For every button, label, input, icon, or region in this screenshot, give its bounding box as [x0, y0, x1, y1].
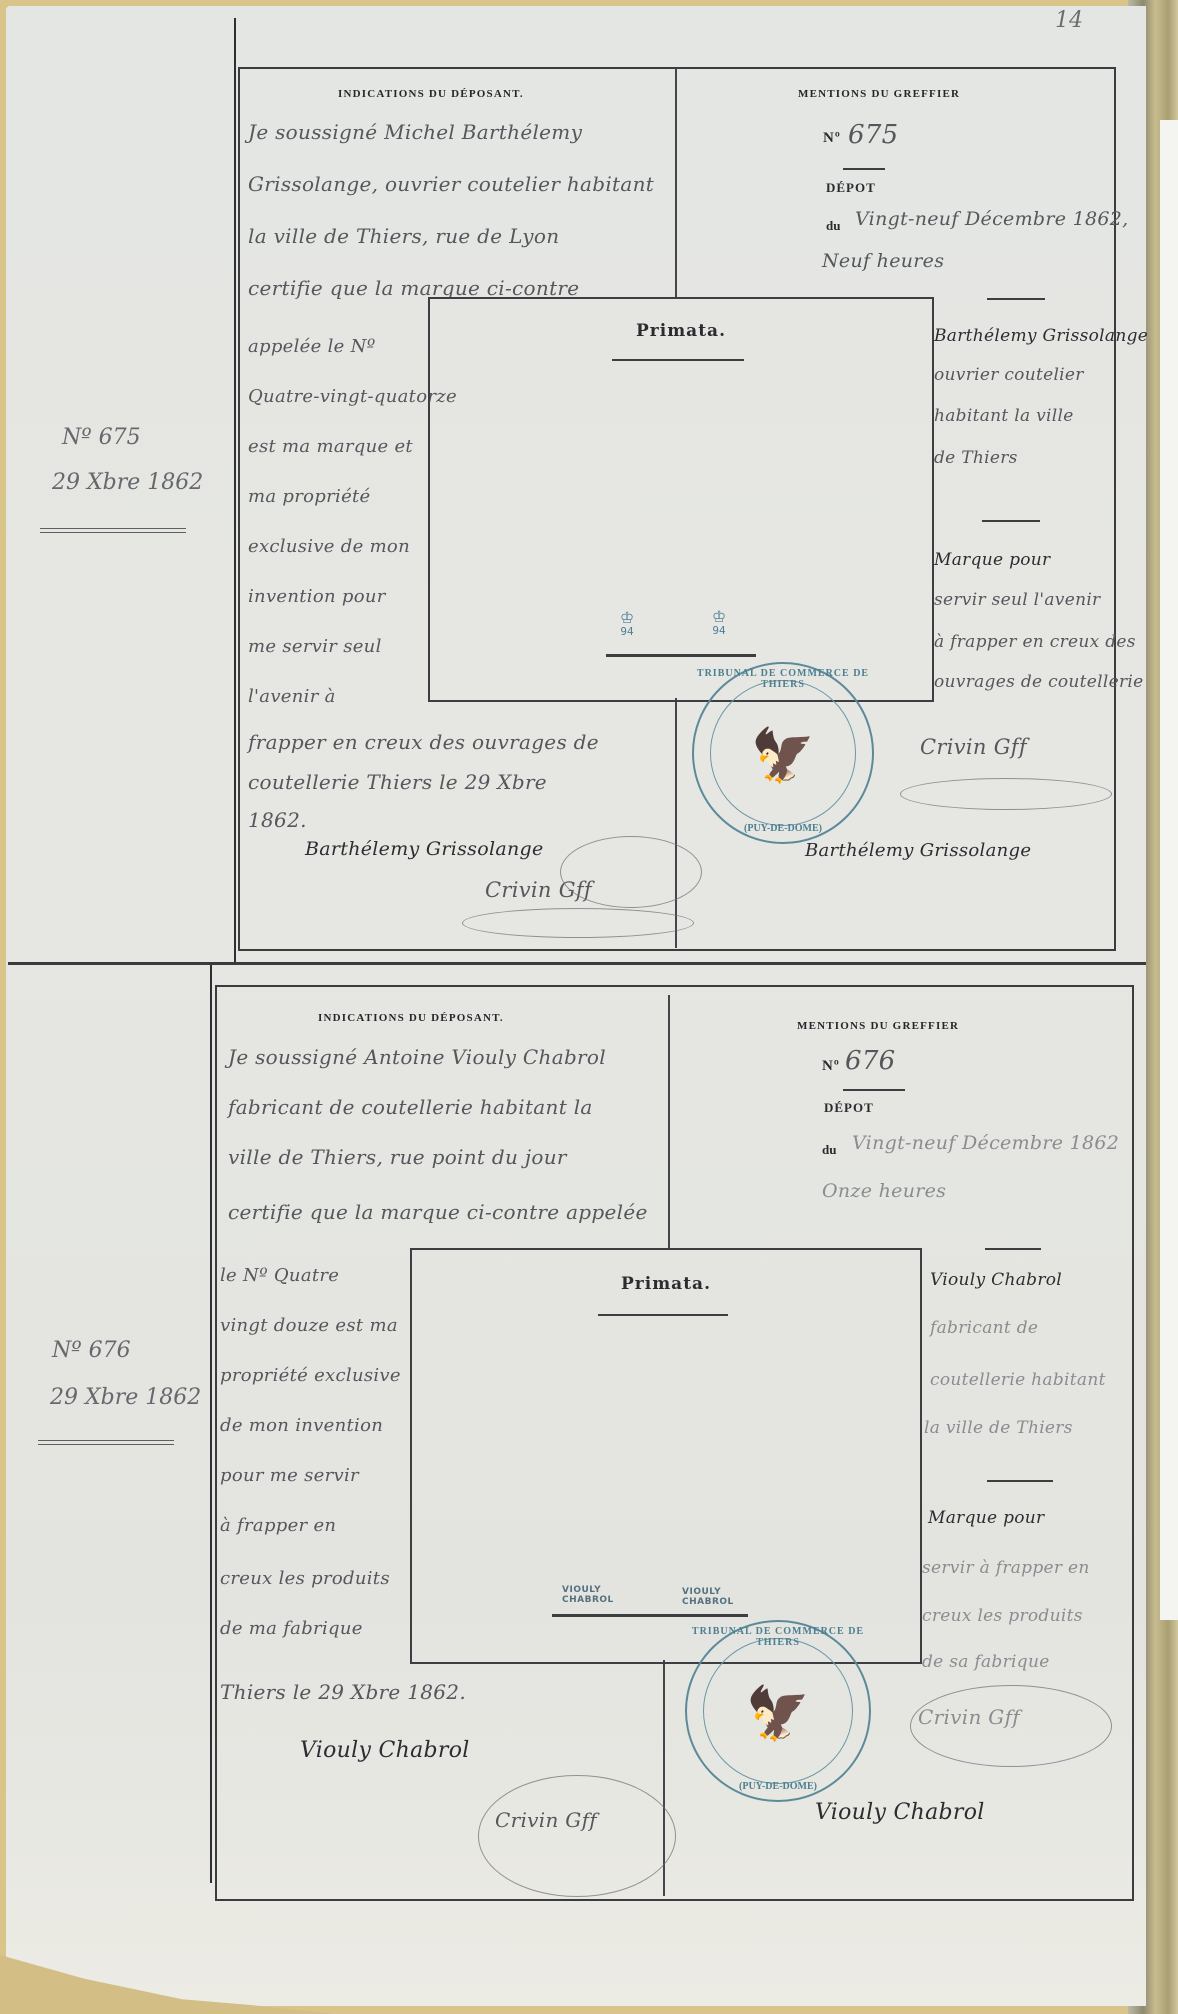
trademark-box: Primata. ♔94 ♔94 [428, 297, 934, 702]
depositor-text-line: pour me servir [220, 1465, 359, 1486]
page-edge [1160, 120, 1178, 1620]
registrar-header: MENTIONS DU GREFFIER [797, 1020, 959, 1032]
margin-rule-bottom [210, 963, 212, 1883]
depositor-text-line: appelée le Nº [248, 336, 375, 357]
stamp-mark-icon: VIOULY CHABROL [562, 1585, 614, 1605]
number-label: Nº [822, 1058, 840, 1075]
du-label: du [826, 218, 840, 234]
mark-box-title: Primata. [412, 1274, 920, 1294]
mark-number: 94 [612, 625, 642, 639]
depositor-text-line: vingt douze est ma [220, 1315, 398, 1336]
deposit-number: 675 [848, 120, 899, 150]
crown-icon: ♔94 [612, 611, 642, 639]
registrar-name-line: Barthélemy Grissolange [934, 326, 1148, 346]
depositor-text-line: ville de Thiers, rue point du jour [228, 1145, 567, 1169]
title-rule [598, 1314, 728, 1316]
depositor-text-line: exclusive de mon [248, 536, 410, 557]
registrar-name-line: la ville de Thiers [924, 1418, 1073, 1438]
depositor-text-line: le Nº Quatre [220, 1265, 339, 1286]
depositor-text-line: me servir seul [248, 636, 382, 657]
mark-number: 94 [704, 624, 734, 638]
column-divider-top [675, 68, 677, 297]
depositor-text-line: est ma marque et [248, 436, 413, 457]
margin-record-number: Nº 676 [52, 1338, 131, 1363]
margin-rule-top [234, 18, 236, 963]
section-rule [982, 520, 1040, 522]
depositor-text-line: frapper en creux des ouvrages de [248, 730, 599, 754]
signature-flourish [478, 1775, 676, 1897]
registrar-name-line: Viouly Chabrol [930, 1270, 1062, 1290]
depositor-text-line: 1862. [248, 808, 307, 832]
seal-region-text: (PUY-DE-DOME) [687, 1781, 869, 1792]
crown-icon: ♔94 [704, 610, 734, 638]
registrar-purpose-line: ouvrages de coutellerie [934, 672, 1144, 692]
stamp-mark-icon: VIOULY CHABROL [682, 1587, 734, 1607]
depositor-text-line: creux les produits [220, 1568, 390, 1589]
depositor-text-line: à frapper en [220, 1515, 336, 1536]
registrar-purpose-line: servir à frapper en [922, 1558, 1090, 1578]
depositor-text-line: de mon invention [220, 1415, 383, 1436]
registrar-name-line: fabricant de [930, 1318, 1038, 1338]
tribunal-seal: TRIBUNAL DE COMMERCE DE THIERS 🦅 (PUY-DE… [685, 1620, 871, 1802]
registrar-purpose-line: Marque pour [928, 1508, 1044, 1528]
column-divider-top [668, 995, 670, 1248]
deposit-date: Vingt-neuf Décembre 1862 [852, 1132, 1119, 1154]
registrar-purpose-line: Marque pour [934, 550, 1050, 570]
depositor-text-line: Grissolange, ouvrier coutelier habitant [248, 172, 654, 196]
depositor-text-line: l'avenir à [248, 686, 336, 707]
page-number: 14 [1055, 8, 1083, 33]
depositor-text-line: propriété exclusive [220, 1365, 401, 1386]
imperial-eagle-icon: 🦅 [687, 1683, 869, 1744]
depositor-signature: Viouly Chabrol [300, 1738, 470, 1763]
depositor-text-line: la ville de Thiers, rue de Lyon [248, 224, 559, 248]
margin-underline [40, 528, 186, 533]
depositor-text-line: Thiers le 29 Xbre 1862. [220, 1680, 466, 1704]
section-rule [985, 1248, 1041, 1250]
seal-region-text: (PUY-DE-DOME) [694, 823, 872, 834]
marks-rule [552, 1614, 748, 1617]
seal-ring-text: TRIBUNAL DE COMMERCE DE THIERS [687, 1626, 869, 1648]
depositor-text-line: certifie que la marque ci-contre appelée [228, 1200, 648, 1224]
registrar-depositor-signature: Viouly Chabrol [815, 1800, 985, 1825]
signature-flourish [910, 1685, 1112, 1767]
depot-label: DÉPOT [824, 1100, 874, 1116]
depositor-text-line: Je soussigné Antoine Viouly Chabrol [228, 1045, 606, 1069]
registrar-depositor-signature: Barthélemy Grissolange [805, 840, 1031, 861]
title-rule [612, 359, 744, 361]
depositor-signature: Barthélemy Grissolange [305, 838, 544, 860]
margin-record-date: 29 Xbre 1862 [50, 1385, 201, 1410]
depositor-text-line: fabricant de coutellerie habitant la [228, 1095, 593, 1119]
number-underline [843, 168, 885, 170]
deposit-time: Onze heures [822, 1180, 946, 1202]
depositor-text-line: ma propriété [248, 486, 371, 507]
margin-underline [38, 1440, 174, 1445]
margin-record-date: 29 Xbre 1862 [52, 470, 203, 495]
registrar-clerk-signature: Crivin Gff [920, 735, 1027, 759]
registrar-name-line: habitant la ville [934, 406, 1074, 426]
trademark-box: Primata. VIOULY CHABROL VIOULY CHABROL [410, 1248, 922, 1664]
registrar-purpose-line: creux les produits [922, 1606, 1083, 1626]
deposit-number: 676 [845, 1046, 896, 1076]
depositor-text-line: coutellerie Thiers le 29 Xbre [248, 770, 547, 794]
registrar-header: MENTIONS DU GREFFIER [798, 88, 960, 100]
registrar-name-line: coutellerie habitant [930, 1370, 1106, 1390]
du-label: du [822, 1142, 836, 1158]
signature-flourish [462, 908, 694, 938]
signature-flourish [900, 778, 1112, 810]
seal-ring-text: TRIBUNAL DE COMMERCE DE THIERS [694, 668, 872, 690]
section-rule [987, 1480, 1053, 1482]
margin-record-number: Nº 675 [62, 425, 141, 450]
column-divider-bottom [675, 698, 677, 948]
marks-rule [606, 654, 756, 657]
section-rule [987, 298, 1045, 300]
number-label: Nº [823, 130, 841, 146]
registrar-purpose-line: servir seul l'avenir [934, 590, 1100, 610]
number-underline [843, 1089, 905, 1091]
tribunal-seal: TRIBUNAL DE COMMERCE DE THIERS 🦅 (PUY-DE… [692, 662, 874, 844]
depositor-text-line: Je soussigné Michel Barthélemy [248, 120, 582, 144]
registrar-purpose-line: à frapper en creux des [934, 632, 1136, 652]
deposit-date: Vingt-neuf Décembre 1862, [855, 208, 1129, 230]
deposit-time: Neuf heures [822, 250, 944, 272]
record-separator [8, 962, 1146, 965]
depositor-text-line: Quatre-vingt-quatorze [248, 386, 457, 407]
registrar-name-line: de Thiers [934, 448, 1018, 468]
depositor-text-line: invention pour [248, 586, 386, 607]
mark-box-title: Primata. [430, 321, 932, 341]
registrar-purpose-line: de sa fabrique [922, 1652, 1050, 1672]
registrar-name-line: ouvrier coutelier [934, 365, 1084, 385]
depositor-text-line: de ma fabrique [220, 1618, 363, 1639]
depot-label: DÉPOT [826, 180, 876, 196]
imperial-eagle-icon: 🦅 [694, 725, 872, 786]
depositor-header: INDICATIONS DU DÉPOSANT. [338, 88, 524, 100]
signature-flourish [560, 836, 702, 908]
depositor-header: INDICATIONS DU DÉPOSANT. [318, 1012, 504, 1024]
